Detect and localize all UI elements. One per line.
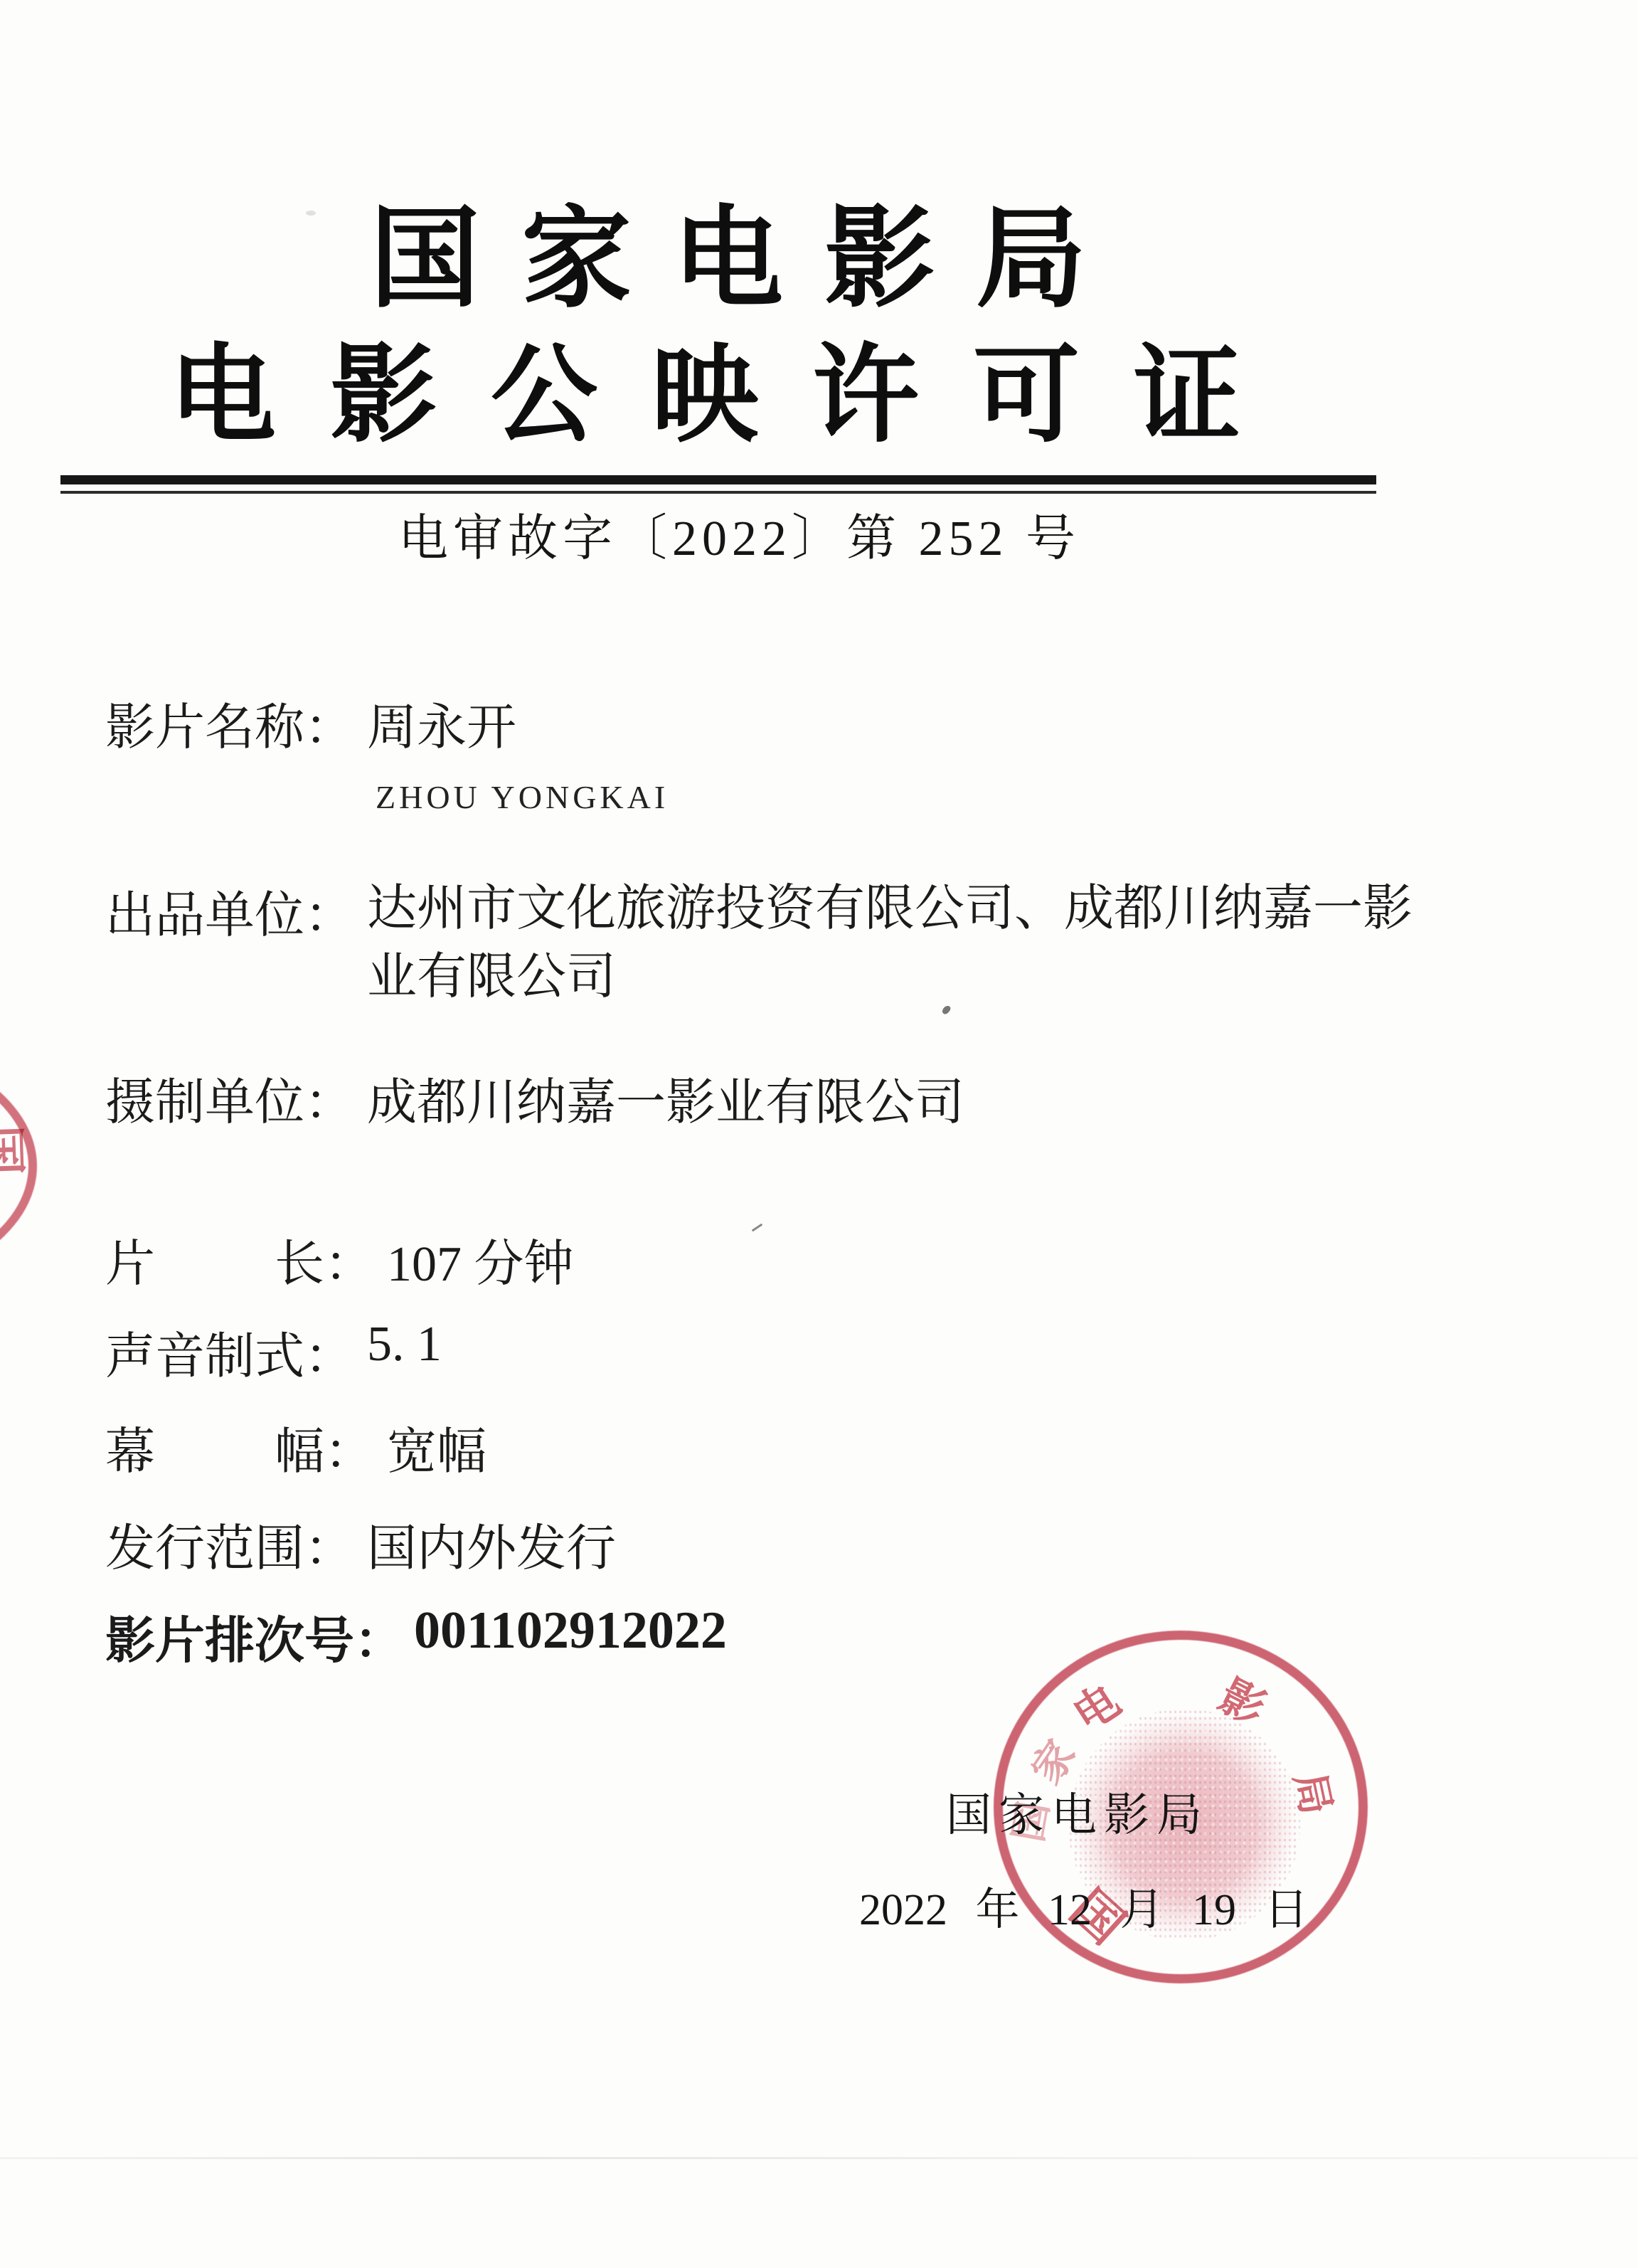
seal-star-icon: ★ (1159, 1734, 1200, 1787)
title-divider-thick (60, 475, 1376, 484)
label-colon: ： (304, 1316, 354, 1388)
scan-smudge (306, 211, 316, 216)
label-colon: ： (324, 1224, 374, 1295)
producer-line-1: 达州市文化旅游投资有限公司、成都川纳嘉一影 (367, 875, 1413, 943)
field-row-runtime: 片长：107 分钟 (105, 1224, 574, 1295)
label-colon: ： (304, 875, 354, 947)
film-permit-document: 国家电影局 电影公映许可证 电审故字〔2022〕第 252 号 影片名称：周永开… (0, 0, 1638, 2268)
field-label-sound-format: 声音制式 (105, 1316, 304, 1388)
label-colon: ： (324, 1411, 374, 1483)
film-name-pinyin: ZHOU YONGKAI (376, 781, 669, 814)
field-value-distribution-scope: 国内外发行 (367, 1508, 616, 1580)
label-colon: ： (304, 1508, 354, 1580)
label-colon: ： (304, 1062, 354, 1134)
title-divider-thin (60, 491, 1376, 494)
field-label-production-unit: 摄制单位 (105, 1062, 304, 1134)
field-row-production-unit: 摄制单位：成都川纳嘉一影业有限公司 (105, 1062, 964, 1134)
field-value-producer: 达州市文化旅游投资有限公司、成都川纳嘉一影业有限公司 (367, 875, 1413, 1012)
footer-issuer: 国家电影局 (946, 1793, 1209, 1838)
field-value-serial-number: 001102912022 (414, 1601, 727, 1661)
field-value-film-name: 周永开 (367, 687, 516, 759)
field-row-serial-number: 影片排次号：001102912022 (105, 1601, 727, 1673)
edge-seal-char: 国 (0, 1125, 25, 1176)
field-label-distribution-scope: 发行范围 (105, 1508, 304, 1580)
field-row-sound-format: 声音制式：5. 1 (105, 1316, 442, 1388)
permit-title: 电影公映许可证 (169, 343, 1294, 450)
issuing-org-title: 国家电影局 (370, 205, 1127, 315)
field-row-producer: 出品单位：达州市文化旅游投资有限公司、成都川纳嘉一影业有限公司 (105, 875, 1413, 1012)
field-label-serial-number: 影片排次号 (105, 1601, 354, 1673)
label-colon: ： (354, 1601, 404, 1673)
field-value-sound-format: 5. 1 (367, 1316, 442, 1373)
footer-issue-date: 2022 年 12 月 19 日 (859, 1888, 1309, 1932)
field-row-screen-format: 幕幅：宽幅 (105, 1411, 486, 1483)
field-label-film-name: 影片名称 (105, 687, 304, 759)
field-value-screen-format: 宽幅 (387, 1411, 486, 1483)
field-value-production-unit: 成都川纳嘉一影业有限公司 (367, 1062, 964, 1134)
permit-number: 电审故字〔2022〕第 252 号 (398, 514, 1080, 564)
field-row-film-name: 影片名称：周永开 (105, 687, 516, 759)
field-label-producer: 出品单位 (105, 875, 304, 947)
field-row-distribution-scope: 发行范围：国内外发行 (105, 1508, 616, 1580)
field-label-screen-format: 幕幅 (105, 1411, 324, 1483)
scan-fold-line (0, 2157, 1638, 2159)
field-value-runtime: 107 分钟 (387, 1224, 574, 1295)
label-colon: ： (304, 687, 354, 759)
field-label-runtime: 片长 (105, 1224, 324, 1295)
scan-speck (752, 1224, 763, 1232)
producer-line-2: 业有限公司 (367, 943, 1413, 1012)
